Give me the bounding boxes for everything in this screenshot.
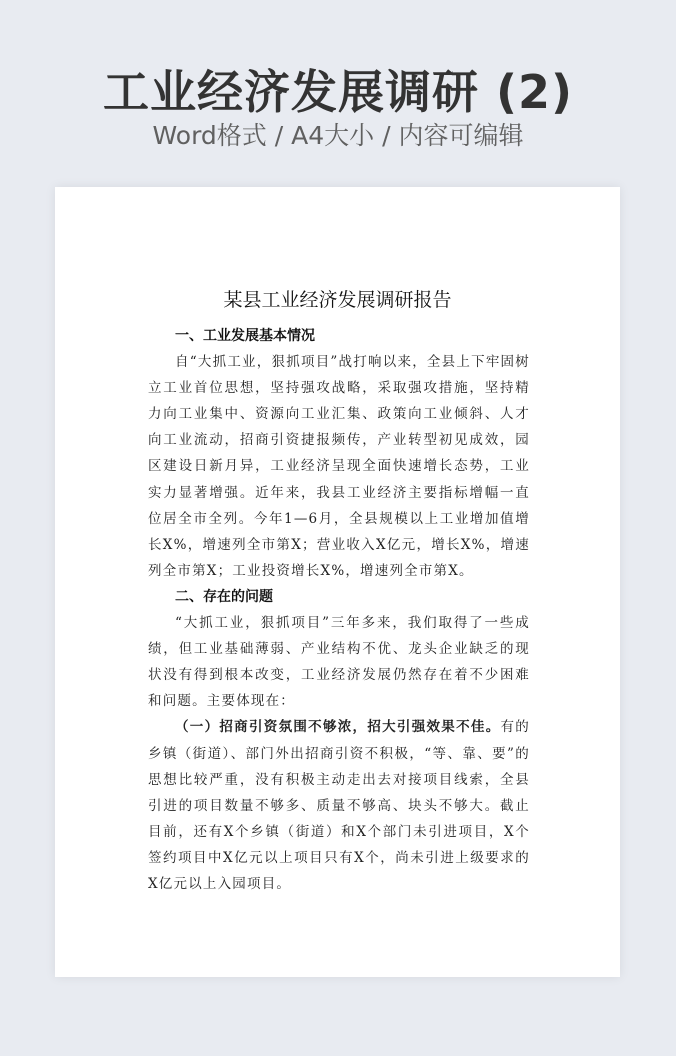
banner-subtitle: Word格式 / A4大小 / 内容可编辑 <box>0 116 676 156</box>
section-heading-2: 二、存在的问题 <box>148 584 530 610</box>
subsection-1-text: 有的乡镇（街道）、部门外出招商引资不积极，“等、靠、要”的思想比较严重，没有积极… <box>148 719 530 892</box>
document-page: 某县工业经济发展调研报告 一、工业发展基本情况 自“大抓工业，狠抓项目”战打响以… <box>55 187 620 977</box>
section-1-paragraph: 自“大抓工业，狠抓项目”战打响以来，全县上下牢固树立工业首位思想，坚持强攻战略，… <box>148 349 530 584</box>
banner-title: 工业经济发展调研 (2) <box>0 62 676 122</box>
section-heading-1: 一、工业发展基本情况 <box>148 323 530 349</box>
section-2-paragraph: “大抓工业，狠抓项目”三年多来，我们取得了一些成绩，但工业基础薄弱、产业结构不优… <box>148 610 530 714</box>
document-body: 一、工业发展基本情况 自“大抓工业，狠抓项目”战打响以来，全县上下牢固树立工业首… <box>148 323 530 897</box>
document-title: 某县工业经济发展调研报告 <box>55 287 620 313</box>
subsection-1-lead: （一）招商引资氛围不够浓，招大引强效果不佳。 <box>175 719 501 735</box>
subsection-1-paragraph: （一）招商引资氛围不够浓，招大引强效果不佳。有的乡镇（街道）、部门外出招商引资不… <box>148 714 530 897</box>
